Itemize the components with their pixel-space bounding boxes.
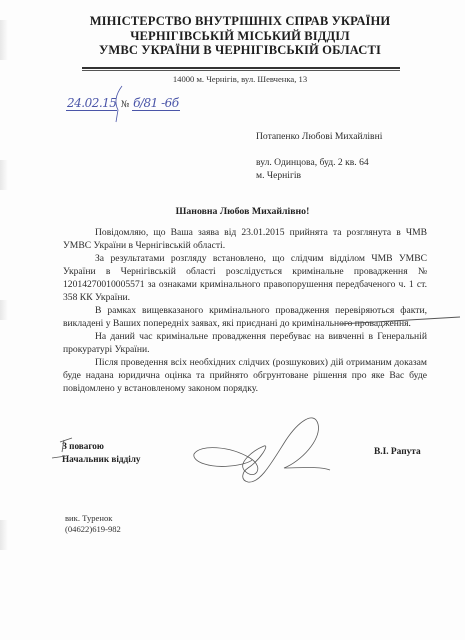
registration-pen-stroke <box>112 84 132 124</box>
scan-artifact <box>0 20 8 60</box>
recipient-name: Потапенко Любові Михайлівні <box>256 130 382 143</box>
letter-body: Повідомляю, що Ваша заява від 23.01.2015… <box>63 226 427 395</box>
recipient-city: м. Чернігів <box>256 169 382 182</box>
letterhead-department: ЧЕРНІГІВСЬКІЙ МІСЬКИЙ ВІДДІЛ <box>60 29 420 44</box>
body-paragraph: Після проведення всіх необхідних слідчих… <box>63 356 427 395</box>
body-paragraph: За результатами розгляду встановлено, що… <box>63 252 427 304</box>
registration-number-value: б/81 -6б <box>132 96 179 111</box>
letterhead-directorate: УМВС УКРАЇНИ В ЧЕРНІГІВСЬКІЙ ОБЛАСТІ <box>60 43 420 58</box>
body-paragraph: На даний час кримінальне провадження пер… <box>63 330 427 356</box>
salutation: Шановна Любов Михайлівно! <box>60 206 425 217</box>
signature-icon <box>190 410 330 490</box>
letterhead-address: 14000 м. Чернігів, вул. Шевченка, 13 <box>60 74 420 84</box>
executor-name: вик. Туренок <box>65 513 121 524</box>
executor-phone: (04622)619-982 <box>65 524 121 535</box>
recipient-street: вул. Одинцова, буд. 2 кв. 64 <box>256 156 382 169</box>
body-paragraph: Повідомляю, що Ваша заява від 23.01.2015… <box>63 226 427 252</box>
registration-date: 24.02.15 <box>66 96 117 111</box>
executor-block: вик. Туренок (04622)619-982 <box>65 513 121 535</box>
letterhead-ministry: МІНІСТЕРСТВО ВНУТРІШНІХ СПРАВ УКРАЇНИ <box>60 14 420 29</box>
scan-artifact <box>0 520 8 550</box>
scan-artifact <box>0 300 8 320</box>
letterhead-rule-thick <box>82 67 400 69</box>
letterhead: МІНІСТЕРСТВО ВНУТРІШНІХ СПРАВ УКРАЇНИ ЧЕ… <box>60 14 420 58</box>
initial-pen-marks <box>50 436 90 466</box>
recipient-block: Потапенко Любові Михайлівні вул. Одинцов… <box>256 130 382 182</box>
signer-name: В.І. Рапута <box>374 447 421 457</box>
pen-strike-line <box>340 316 460 328</box>
letter-page: МІНІСТЕРСТВО ВНУТРІШНІХ СПРАВ УКРАЇНИ ЧЕ… <box>0 0 465 640</box>
letterhead-rule-thin <box>82 70 400 71</box>
scan-artifact <box>0 160 8 190</box>
